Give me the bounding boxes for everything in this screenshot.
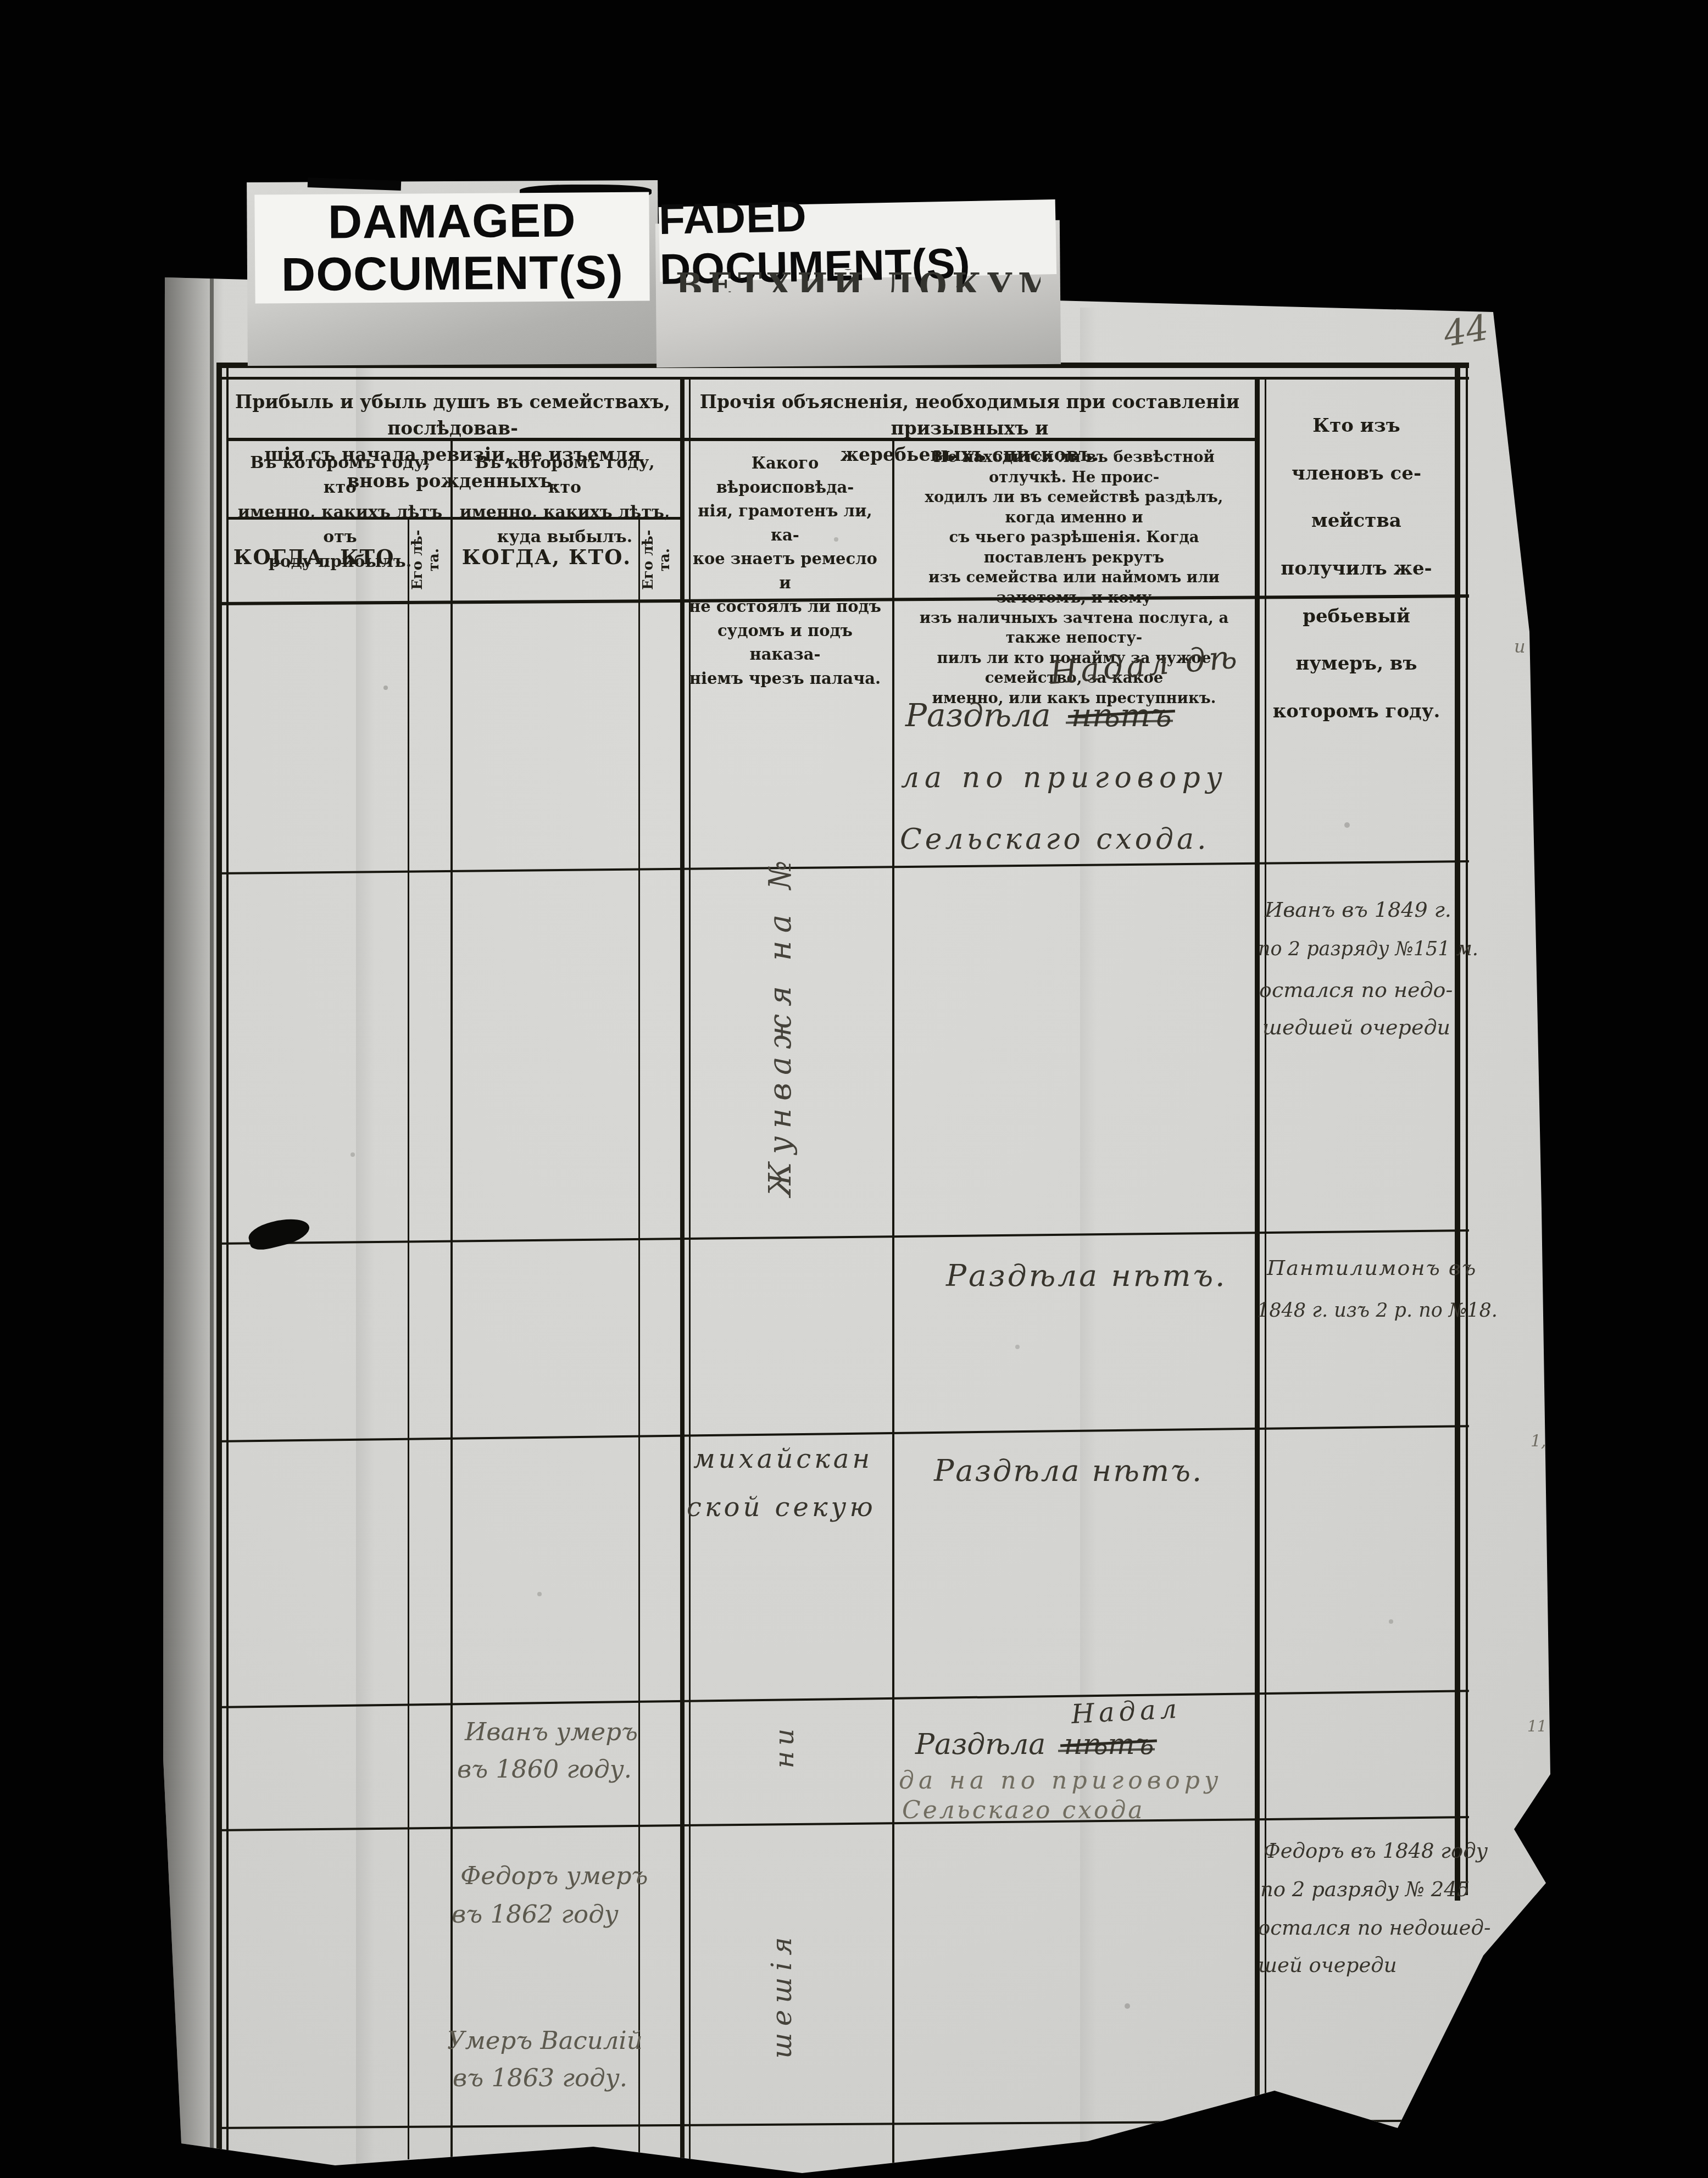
row-rule-3	[216, 1425, 1469, 1442]
hw-row5-line2: да на по приговору	[899, 1767, 1222, 1795]
hw-row2-lottery-line4: шедшей очереди	[1262, 1015, 1450, 1039]
margin-jot-3: 11	[1527, 1717, 1547, 1735]
header-col-lottery: Кто изъ членовъ се- мейства получилъ же-…	[1265, 402, 1448, 736]
hw-row6-departed1-line2: въ 1862 году	[452, 1900, 619, 1929]
hw-row6-lottery-line1: Федоръ въ 1848 году	[1264, 1839, 1488, 1863]
table-right-border-outer	[1455, 363, 1460, 1901]
damaged-document-sticker: DAMAGED DOCUMENT(S)	[254, 192, 649, 303]
row-rule-1	[216, 860, 1469, 874]
hw-row6-lottery-line3: остался по недошед-	[1258, 1916, 1490, 1940]
col-divider-religion-details	[892, 438, 894, 2165]
header-kogda-kto-departed: КОГДА, КТО.	[459, 545, 634, 569]
hw-row6-lottery-line2: по 2 разряду № 245	[1260, 1878, 1470, 1901]
page-number: 44	[1440, 307, 1492, 355]
header-kogda-kto-arrived: КОГДА, КТО.	[233, 545, 403, 569]
table-left-border-outer	[216, 363, 222, 2164]
page-left-crease	[210, 277, 214, 2162]
hw-row6-departed1-line1: Федоръ умеръ	[460, 1861, 648, 1890]
hw-row4-note: Раздѣла нѣтъ.	[934, 1453, 1203, 1488]
hw-vertical-note-long: Жунважя на №	[763, 643, 798, 1406]
hw-row2-lottery-line2: по 2 разряду №151 м.	[1258, 938, 1478, 960]
margin-jot-1: и	[1514, 636, 1526, 657]
hw-row6-lottery-line4: шей очереди	[1258, 1953, 1397, 1977]
margin-jot-2: 1,	[1531, 1431, 1546, 1451]
table-right-border-inner	[1466, 363, 1468, 1895]
col-divider-age2	[638, 517, 640, 2162]
hw-row4-religion-line2: ской секую	[687, 1492, 876, 1523]
hw-crossed-out-word: нѣтъ	[1064, 1728, 1154, 1761]
hw-row1-line2: ла по приговору	[901, 761, 1228, 794]
hw-row3-lottery-line2: 1848 г. изъ 2 р. по №18.	[1257, 1300, 1498, 1322]
hw-vertical-note-short1: ни	[769, 1681, 800, 1811]
hw-row5-departed-line2: въ 1860 году.	[457, 1754, 632, 1784]
table-left-border-inner	[226, 363, 229, 2153]
hw-row5-line1: Раздѣла нѣтъ	[915, 1728, 1154, 1761]
lottery-divider-outer	[1255, 377, 1260, 2173]
hw-row3-note: Раздѣла нѣтъ.	[946, 1258, 1227, 1293]
hw-row2-lottery-line3: остался по недо-	[1259, 978, 1453, 1002]
hw-row1-line1: Раздѣла нѣтъ	[905, 697, 1172, 734]
row-rule-5	[216, 1816, 1469, 1831]
hw-row3-lottery-line1: Пантилимонъ въ	[1267, 1256, 1477, 1280]
cutoff-cyrillic-stamp: ВЕТХИЙ ДОКУМЕНТ	[676, 269, 1041, 292]
hw-vertical-note-short2: шешія	[766, 1868, 798, 2121]
microfilm-frame: 44 Прибыль и убыль душъ въ семействахъ, …	[0, 0, 1708, 2178]
paper-speckles	[0, 0, 2, 2]
hw-row5-insert: Надал	[1071, 1694, 1182, 1730]
group-divider-outer	[680, 377, 685, 2168]
header-age-departed: Его лѣ- та.	[641, 523, 678, 597]
hw-row1-line3: Сельскаго схода.	[900, 823, 1210, 856]
col-divider-age1	[408, 517, 409, 2159]
hw-row6-departed2-line2: въ 1863 году.	[453, 2063, 627, 2092]
hw-crossed-out-word: нѣтъ	[1071, 697, 1172, 734]
ink-blot	[246, 1213, 312, 1253]
row-rule-6	[216, 2119, 1469, 2129]
row-rule-2	[216, 1229, 1469, 1245]
hw-row6-departed2-line1: Умеръ Василій	[447, 2026, 643, 2055]
hw-row2-lottery-line1: Иванъ въ 1849 г.	[1265, 898, 1451, 922]
hw-row5-line3: Сельскаго схода	[902, 1796, 1145, 1824]
row-rule-4	[216, 1690, 1469, 1708]
table-top-border-inner	[216, 377, 1469, 380]
hw-row4-religion-line1: михайскан	[693, 1444, 873, 1474]
hw-row5-departed-line1: Иванъ умеръ	[465, 1717, 638, 1746]
header-age-arrived: Его лѣ- та.	[410, 523, 449, 597]
page-left-edge-shadow	[163, 275, 224, 2164]
